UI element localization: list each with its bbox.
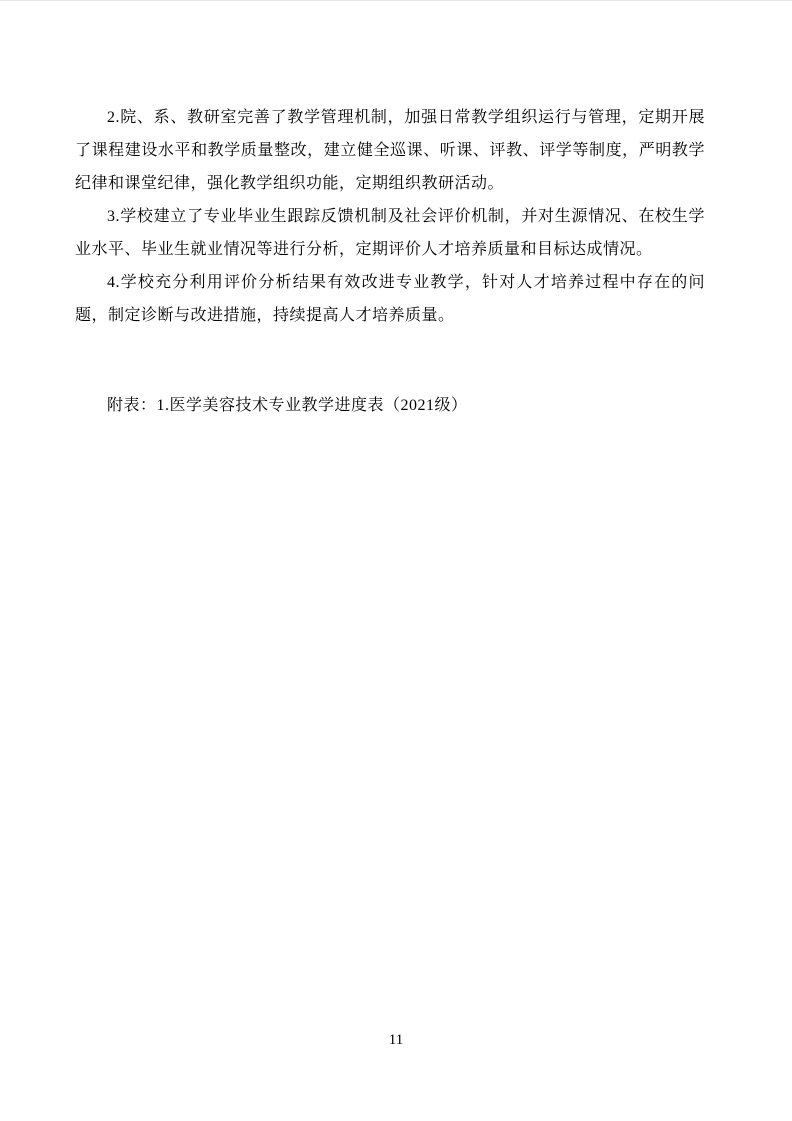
document-body: 2.院、系、教研室完善了教学管理机制，加强日常教学组织运行与管理，定期开展了课程… — [75, 101, 705, 422]
page-number: 11 — [0, 1031, 792, 1049]
appendix-note: 附表：1.医学美容技术专业教学进度表（2021级） — [75, 389, 705, 422]
paragraph-3: 3.学校建立了专业毕业生跟踪反馈机制及社会评价机制，并对生源情况、在校生学业水平… — [75, 200, 705, 266]
document-page: 2.院、系、教研室完善了教学管理机制，加强日常教学组织运行与管理，定期开展了课程… — [0, 0, 792, 1121]
paragraph-4: 4.学校充分利用评价分析结果有效改进专业教学，针对人才培养过程中存在的问题，制定… — [75, 266, 705, 332]
paragraph-2: 2.院、系、教研室完善了教学管理机制，加强日常教学组织运行与管理，定期开展了课程… — [75, 101, 705, 200]
